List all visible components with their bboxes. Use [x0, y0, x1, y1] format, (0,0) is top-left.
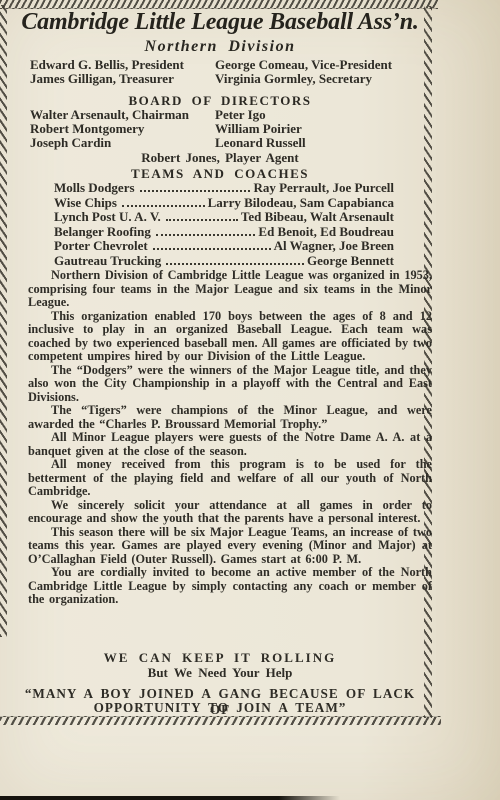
directors-row: Robert Montgomery William Poirier: [18, 122, 422, 136]
division-subtitle: Northern Division: [18, 38, 422, 56]
paragraph: This season there will be six Major Leag…: [28, 526, 432, 567]
dotted-leader: [166, 263, 304, 265]
team-name: Belanger Roofing: [54, 225, 151, 240]
coach-names: Ray Perrault, Joe Purcell: [253, 181, 394, 196]
director-name: William Poirier: [215, 122, 422, 136]
directors-row: Joseph Cardin Leonard Russell: [18, 136, 422, 150]
coach-names: George Bennett: [307, 254, 394, 269]
paragraph: The “Tigers” were champions of the Minor…: [28, 404, 432, 431]
closing-slogan: WE CAN KEEP IT ROLLING: [18, 650, 422, 666]
dotted-leader: [166, 219, 238, 221]
paragraph: The “Dodgers” were the winners of the Ma…: [28, 364, 432, 405]
director-name: Joseph Cardin: [30, 136, 215, 150]
player-agent: Robert Jones, Player Agent: [18, 150, 422, 166]
team-row: Wise Chips Larry Bilodeau, Sam Capabianc…: [54, 196, 394, 211]
officers-row: Edward G. Bellis, President George Comea…: [18, 58, 422, 72]
board-of-directors-list: Walter Arsenault, Chairman Peter Igo Rob…: [18, 108, 422, 150]
paragraph: This organization enabled 170 boys betwe…: [28, 310, 432, 364]
teams-list: Molls Dodgers Ray Perrault, Joe Purcell …: [18, 181, 422, 268]
team-row: Gautreau Trucking George Bennett: [54, 254, 394, 269]
closing-quote-line-2: OPPORTUNITY TO JOIN A TEAM”: [18, 700, 422, 716]
team-row: Porter Chevrolet Al Wagner, Joe Breen: [54, 239, 394, 254]
officers-list: Edward G. Bellis, President George Comea…: [18, 58, 422, 85]
decorative-rope-border-left: [0, 5, 7, 637]
team-row: Lynch Post U. A. V. Ted Bibeau, Walt Ars…: [54, 210, 394, 225]
team-name: Molls Dodgers: [54, 181, 135, 196]
dotted-leader: [156, 234, 256, 236]
coach-names: Ed Benoit, Ed Boudreau: [258, 225, 394, 240]
paragraph: All money received from this program is …: [28, 458, 432, 499]
coach-names: Larry Bilodeau, Sam Capabianca: [208, 196, 394, 211]
paragraph: We sincerely solicit your attendance at …: [28, 499, 432, 526]
body-text: Northern Division of Cambridge Little Le…: [28, 269, 432, 651]
officer-secretary: Virginia Gormley, Secretary: [215, 72, 422, 86]
team-name: Porter Chevrolet: [54, 239, 148, 254]
coach-names: Ted Bibeau, Walt Arsenault: [241, 210, 394, 225]
officers-row: James Gilligan, Treasurer Virginia Gorml…: [18, 72, 422, 86]
director-name: Robert Montgomery: [30, 122, 215, 136]
team-name: Gautreau Trucking: [54, 254, 161, 269]
team-name: Wise Chips: [54, 196, 117, 211]
dotted-leader: [153, 248, 271, 250]
coach-names: Al Wagner, Joe Breen: [274, 239, 394, 254]
director-name: Walter Arsenault, Chairman: [30, 108, 215, 122]
program-page: Cambridge Little League Baseball Ass’n. …: [0, 0, 500, 800]
paragraph: Northern Division of Cambridge Little Le…: [28, 269, 432, 310]
directors-row: Walter Arsenault, Chairman Peter Igo: [18, 108, 422, 122]
page-title: Cambridge Little League Baseball Ass’n.: [18, 8, 422, 36]
director-name: Leonard Russell: [215, 136, 422, 150]
dotted-leader: [140, 190, 251, 192]
scan-edge-artifact: [0, 796, 340, 800]
dotted-leader: [122, 205, 205, 207]
team-row: Belanger Roofing Ed Benoit, Ed Boudreau: [54, 225, 394, 240]
closing-subline: But We Need Your Help: [18, 665, 422, 681]
paragraph: All Minor League players were guests of …: [28, 431, 432, 458]
team-name: Lynch Post U. A. V.: [54, 210, 161, 225]
team-row: Molls Dodgers Ray Perrault, Joe Purcell: [54, 181, 394, 196]
officer-president: Edward G. Bellis, President: [30, 58, 215, 72]
officer-treasurer: James Gilligan, Treasurer: [30, 72, 215, 86]
director-name: Peter Igo: [215, 108, 422, 122]
officer-vice-president: George Comeau, Vice-President: [215, 58, 422, 72]
paragraph: You are cordially invited to become an a…: [28, 566, 432, 607]
